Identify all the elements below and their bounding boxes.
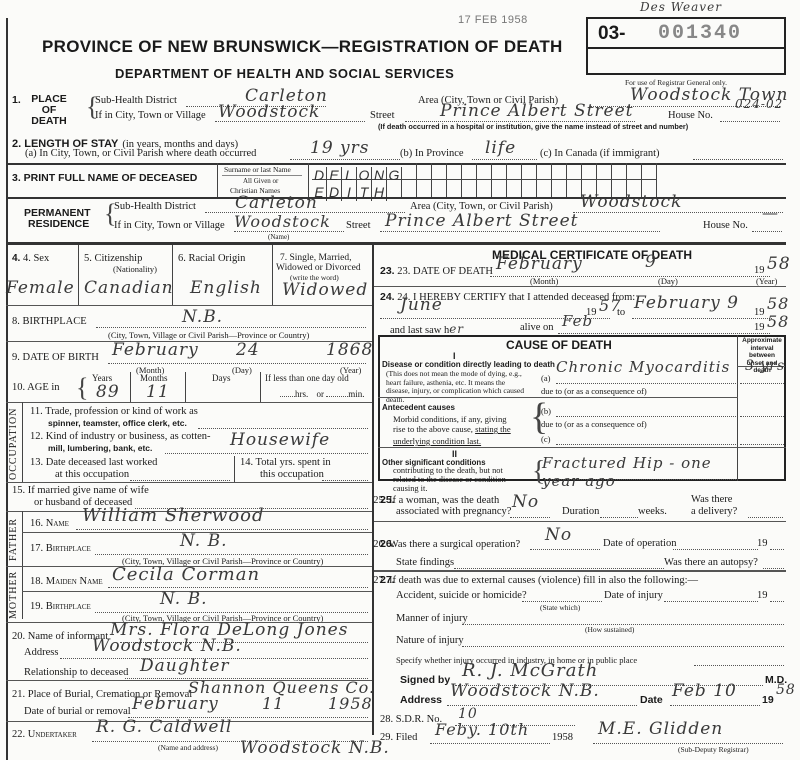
q13-label-b: at this occupation [55,469,129,480]
registration-prefix: 03- [598,23,625,45]
death-city-value: Woodstock [218,102,320,122]
certify-to-year: 58 [767,294,789,313]
mother-name-value: Cecila Corman [112,564,260,585]
mother-name-label: 18. Maiden Name [30,576,103,587]
document-title: PROVINCE OF NEW BRUNSWICK—REGISTRATION O… [42,37,563,57]
name-letter-cell[interactable] [402,180,417,197]
dob-year-value: 1868 [326,340,373,360]
name-letter-cell[interactable] [642,163,657,180]
q11-label-a: 11. Trade, profession or kind of work as [30,406,198,417]
sdr-label: 28. S.D.R. No. [380,714,442,725]
burial-date-label: Date of burial or removal [24,706,131,717]
divider [217,163,218,197]
filed-value: Feby. 10th [435,720,529,739]
res-house-value: — [762,203,779,222]
death-street-label: Street [370,110,395,121]
age-less-label: If less than one day old [265,373,349,383]
father-name-value: William Sherwood [82,505,265,526]
registration-number: 001340 [658,22,742,45]
name-letter-cell[interactable] [462,163,477,180]
stay-city-value: 19 yrs [310,138,370,158]
alive-on-label: alive on [520,322,554,333]
q13-field[interactable] [130,470,230,481]
name-letter-cell[interactable] [567,163,582,180]
divider [374,570,786,572]
antecedent-note-2: rise to the above cause, stating the [393,424,511,434]
mother-side-label: MOTHER [8,570,19,620]
how-sustained-note: (How sustained) [585,625,634,634]
name-letter-cell[interactable] [582,163,597,180]
external-label: 27. 27. If death was due to external cau… [380,574,698,586]
direct-cause-title: Disease or condition directly leading to… [382,360,555,369]
antecedent-note-4: underlying condition last. [393,436,481,446]
stay-canada-label: (c) In Canada (if immigrant) [540,148,660,159]
death-city-label: If in City, Town or Village [95,110,206,121]
delivery-label-1: Was there [691,494,732,505]
father-birthplace-field[interactable] [95,543,368,555]
citizenship-value: Canadian [84,278,174,298]
name-letter-cell[interactable] [417,180,432,197]
age-hrs-label: hrs. or min. [280,389,365,399]
certify-from-value: June [400,295,443,315]
informant-address-value: Woodstock N.B. [92,636,242,656]
manner-field[interactable] [462,613,784,625]
q14-label-a: 14. Total yrs. spent in [240,457,331,468]
name-letter-cell[interactable] [447,180,462,197]
q11-label-b: spinner, teamster, office clerk, etc. [48,418,187,428]
burial-date-day: 11 [262,694,284,713]
cause-a-label: (a) [541,373,550,383]
cause-a-interval-field[interactable] [740,373,784,384]
injury-date-field[interactable] [664,590,758,602]
dob-day-note: (Day) [232,365,252,375]
divider [234,456,235,482]
dod-year-note: (Year) [756,276,777,286]
divider [737,335,738,481]
q11-field[interactable] [198,418,368,429]
alive-on-value: Feb [562,312,593,330]
surname-label: Surname or last Name [224,165,291,174]
certify-to-label: to [617,307,625,318]
column-divider [372,245,374,735]
antecedent-note-1: Morbid conditions, if any, giving [393,414,507,424]
marital-label-1: 7. Single, Married, [280,253,352,263]
divider [6,402,372,403]
res-house-label: House No. [703,220,748,231]
dod-day-note: (Day) [658,276,678,286]
other-note-3: causing it. [393,484,427,493]
stay-province-value: life [485,138,516,158]
certify-to-year-prefix: 19 [754,307,765,318]
name-letter-cell[interactable] [552,180,567,197]
name-letter-cell[interactable] [537,163,552,180]
res-sub-health-value: Carleton [235,193,318,213]
stay-city-label: (a) In City, Town, or Civil Parish where… [25,148,256,159]
divider [6,305,372,306]
brace: { [530,398,548,436]
divider [6,482,372,483]
findings-label: State findings [396,557,454,568]
stay-province-label: (b) In Province [400,148,464,159]
name-letter-cell[interactable] [477,180,492,197]
undertaker-label: 22. Undertaker [12,729,77,740]
direct-cause-note: (This does not mean the mode of dying, e… [386,370,528,404]
injury-date-label: Date of injury [604,590,663,601]
res-area-value: Woodstock [580,192,682,212]
left-border [6,18,8,760]
informant-relationship-value: Daughter [140,656,230,676]
name-letter-cell[interactable] [612,163,627,180]
divider [130,372,131,402]
other-value-1: Fractured Hip - one [542,454,712,472]
name-letter-cell[interactable] [552,163,567,180]
res-sub-health-label: Sub-Health District [114,201,196,212]
cause-b-field[interactable] [556,406,736,417]
divider [22,402,23,482]
dod-year: 58 [767,254,791,274]
pregnancy-value: No [512,492,539,512]
dod-day: 9 [645,252,657,272]
res-city-value: Woodstock [234,212,331,231]
name-letter-cell[interactable] [597,163,612,180]
autopsy-label: Was there an autopsy? [664,557,758,568]
name-letter-cell[interactable] [432,180,447,197]
informant-address-label: Address [24,647,58,658]
weeks-label: weeks. [638,506,667,517]
undertaker-note: (Name and address) [158,743,218,752]
divider [378,397,738,398]
sex-value: Female [6,278,75,298]
cause-c-field[interactable] [556,434,736,445]
cause-due-to-1: due to (or as a consequence of) [541,386,647,396]
name-letter-cell[interactable] [522,163,537,180]
sex-label: 4. 4. Sex [12,253,49,264]
brace: { [76,373,88,403]
res-street-label: Street [346,220,371,231]
age-days-label: Days [212,373,231,383]
q12-label-a: 12. Kind of industry or business, as cot… [30,431,211,442]
name-letter-cell[interactable] [627,163,642,180]
autopsy-field[interactable] [763,557,784,569]
name-letter-cell[interactable] [477,163,492,180]
father-side-label: FATHER [8,515,19,563]
alive-year: 58 [767,312,789,331]
cause-c-label: (c) [541,434,550,444]
death-house-label: House No. [668,110,713,121]
q12-value: Housewife [230,430,330,450]
informant-relationship-label: Relationship to deceased [24,667,128,678]
name-letter-cell[interactable] [432,163,447,180]
place-of-death-num: 1. [12,94,21,106]
mother-birthplace-field[interactable] [95,601,368,613]
cause-a-value: Chronic Myocarditis [556,358,730,376]
birthplace-note: (City, Town, Village or Civil Parish—Pro… [108,330,309,340]
age-months-value: 11 [146,382,170,402]
date-label: Date [640,694,663,706]
name-letter-cell[interactable] [537,180,552,197]
sign-year-value: 58 [776,682,796,698]
pregnancy-label-1: 25. 25. If a woman, was the death [380,494,499,506]
birthplace-value: N.B. [182,307,223,327]
dod-label: 23. 23. DATE OF DEATH [380,265,493,277]
operation-label: 26. 26. Was there a surgical operation? [380,538,520,550]
filed-year: 1958 [552,732,573,743]
racial-origin-label: 6. Racial Origin [178,253,245,264]
surname-grid[interactable]: DELONG [312,163,657,180]
divider [272,245,273,305]
divider [6,242,786,245]
operation-date-field[interactable] [673,538,758,550]
operation-date-label: Date of operation [603,538,676,549]
divider [308,163,309,197]
signed-by-label: Signed by [400,674,450,686]
manner-label: Manner of injury [396,613,468,624]
death-sub-health-label: Sub-Health District [95,95,177,106]
duration-label: Duration [562,506,599,517]
dob-day-value: 24 [236,340,260,360]
name-letter-cell[interactable] [522,180,537,197]
age-label: 10. AGE in [12,382,60,393]
res-street-value: Prince Albert Street [385,211,579,231]
residence-label-2: RESIDENCE [28,218,89,230]
father-birthplace-label: 17. Birthplace [30,543,91,554]
name-letter-cell[interactable] [492,180,507,197]
q13-label-a: 13. Date deceased last worked [30,457,157,468]
burial-date-month: February [132,694,219,714]
full-name-label: 3. PRINT FULL NAME OF DECEASED [12,172,197,184]
injury-year-prefix: 19 [757,590,768,601]
delivery-label-2: a delivery? [691,506,737,517]
state-which-note: (State which) [540,603,580,612]
occupation-side-label: OCCUPATION [8,405,19,483]
citizenship-sub: (Nationality) [113,264,157,274]
birthplace-label: 8. BIRTHPLACE [12,316,87,327]
divider [185,372,186,402]
dod-month-note: (Month) [530,276,558,286]
name-letter-cell[interactable] [462,180,477,197]
racial-origin-value: English [190,278,262,298]
stay-canada-field[interactable] [693,148,783,160]
antecedent-title: Antecedent causes [382,403,455,412]
accident-field[interactable] [522,590,602,602]
cause-due-to-2: due to (or as a consequence of) [541,419,647,429]
divider [78,245,79,305]
death-house-value: 024-02 [735,97,783,111]
divider [378,447,786,448]
death-house-field[interactable] [720,110,780,122]
specify-field[interactable] [694,655,784,666]
operation-value: No [545,525,572,545]
mother-birthplace-label: 19. Birthplace [30,601,91,612]
registration-number-box: 03- 001340 [586,17,786,75]
age-years-value: 89 [96,382,120,402]
cause-c-interval-field[interactable] [740,434,784,445]
name-letter-cell[interactable] [507,163,522,180]
res-name-note: (Name) [268,233,289,241]
pregnancy-label-2: associated with pregnancy? [396,506,511,517]
name-letter-cell[interactable] [402,163,417,180]
accident-label: Accident, suicide or homicide? [396,590,527,601]
dod-month: February [496,254,583,274]
alive-year-prefix: 19 [754,322,765,333]
marital-value: Widowed [282,280,368,300]
cause-title: CAUSE OF DEATH [506,338,612,352]
institution-note: (If death occurred in a hospital or inst… [378,122,688,131]
q15-label-a: 15. If married give name of wife [12,485,149,496]
res-city-label: If in City, Town or Village [114,220,225,231]
registrar-value: M.E. Glidden [598,719,723,739]
other-note-1: contributing to the death, but not [393,466,503,475]
duration-field[interactable] [600,506,638,518]
divider [22,511,23,619]
sign-date-value: Feb 10 [672,681,737,701]
q14-label-b: this occupation [260,469,324,480]
operation-year-prefix: 19 [757,538,768,549]
other-value-2: year ago [542,472,616,490]
dod-year-prefix: 19 [754,265,765,276]
department-title: DEPARTMENT OF HEALTH AND SOCIAL SERVICES [115,66,454,81]
given-label-1: All Given or [243,177,278,185]
divider [374,521,786,522]
cause-b-interval-field[interactable] [740,406,784,417]
certify-to-value: February 9 [634,293,739,313]
filed-label: 29. Filed [380,732,417,743]
name-letter-cell[interactable] [387,180,402,197]
divider [374,286,786,287]
father-name-label: 16. Name [30,518,69,529]
signed-by-value: R. J. McGrath [462,660,598,681]
citizenship-label: 5. Citizenship [84,253,142,264]
q14-field[interactable] [322,470,368,481]
nature-field[interactable] [462,635,784,647]
name-letter-cell[interactable] [507,180,522,197]
nature-label: Nature of injury [396,635,464,646]
operation-year-field[interactable] [770,538,784,550]
address-label: Address [400,694,442,706]
injury-year-field[interactable] [770,590,784,602]
q12-label-b: mill, lumbering, bank, etc. [48,443,152,453]
marital-label-2: Widowed or Divorced [276,263,361,273]
father-birthplace-value: N. B. [180,531,228,551]
divider [260,372,261,402]
last-saw-label: and last saw her [390,322,464,336]
received-stamp: 17 FEB 1958 [458,14,528,26]
dob-label: 9. DATE OF BIRTH [12,352,99,363]
undertaker-address-value: Woodstock N.B. [240,738,390,758]
address-value: Woodstock N.B. [450,681,600,701]
place-of-death-label: PLACE OF DEATH [12,94,72,127]
registrar-note: (Sub-Deputy Registrar) [678,745,749,754]
registrar-handwritten-note: Des Weaver [640,0,722,14]
divider [222,175,302,176]
birthplace-field[interactable] [96,316,366,328]
delivery-field[interactable] [748,506,783,518]
cause-a-interval: 3 yrs [745,358,785,374]
burial-date-year: 1958 [328,694,373,713]
mother-birthplace-value: N. B. [160,589,208,609]
dob-month-value: February [112,340,199,360]
death-street-value: Prince Albert Street [440,101,634,121]
undertaker-value: R. G. Caldwell [96,717,232,737]
name-letter-cell[interactable] [447,163,462,180]
cause-b-label: (b) [541,406,551,416]
sign-year-prefix: 19 [762,694,774,706]
name-letter-cell[interactable] [492,163,507,180]
findings-field[interactable] [454,557,664,569]
name-letter-cell[interactable] [417,163,432,180]
other-note-2: related to the disease or condition [393,475,506,484]
